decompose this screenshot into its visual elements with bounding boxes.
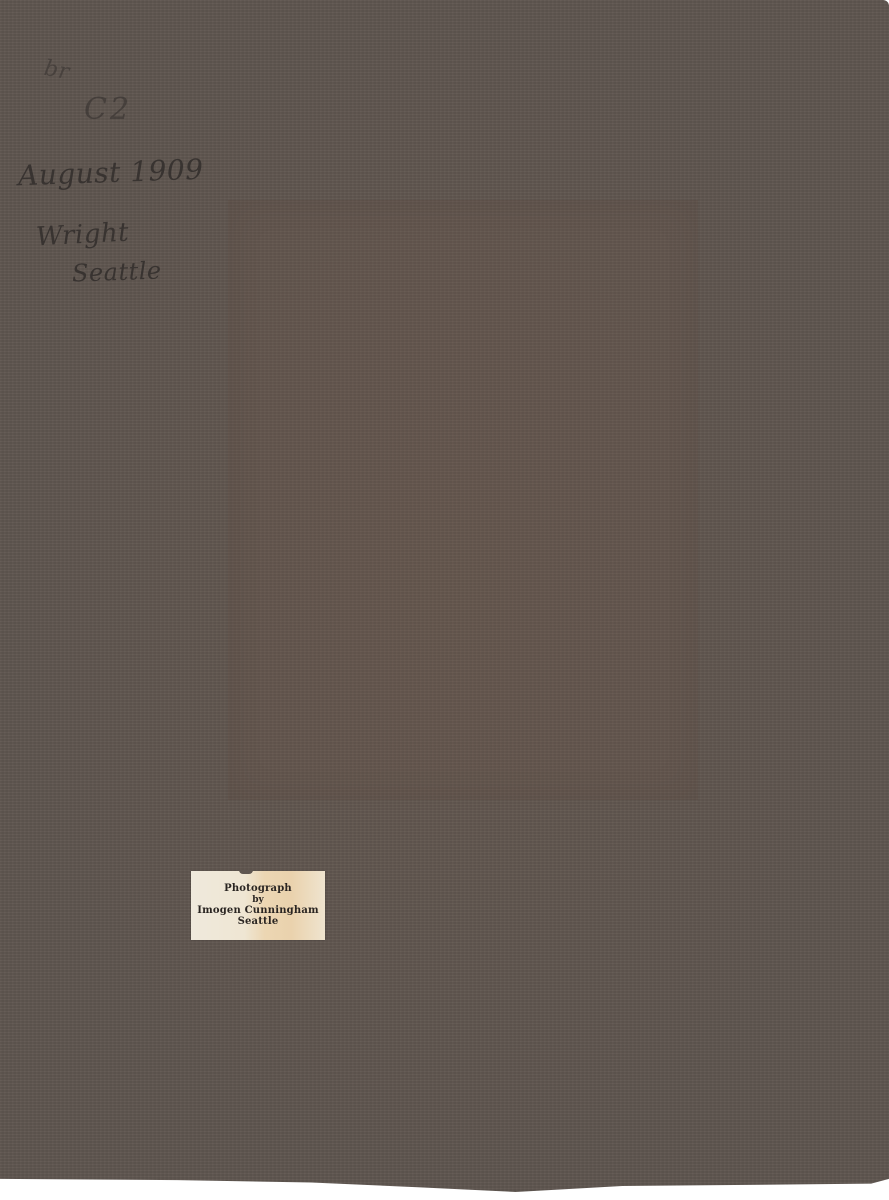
mount-board: br C2 August 1909 Wright Seattle Photogr…	[0, 0, 889, 1192]
label-tear	[239, 870, 253, 874]
photographer-label: Photograph by Imogen Cunningham Seattle	[191, 871, 325, 940]
label-photographer-name: Imogen Cunningham	[197, 905, 319, 917]
pencil-catalog-code: C2	[84, 92, 132, 127]
pencil-city: Seattle	[72, 256, 163, 287]
pencil-date: August 1909	[17, 153, 204, 192]
label-city: Seattle	[238, 916, 279, 928]
label-photograph: Photograph	[224, 883, 292, 895]
mount-tonal-area	[228, 200, 698, 800]
pencil-mark: br	[42, 56, 72, 85]
label-by: by	[252, 895, 264, 905]
pencil-name: Wright	[35, 218, 130, 253]
